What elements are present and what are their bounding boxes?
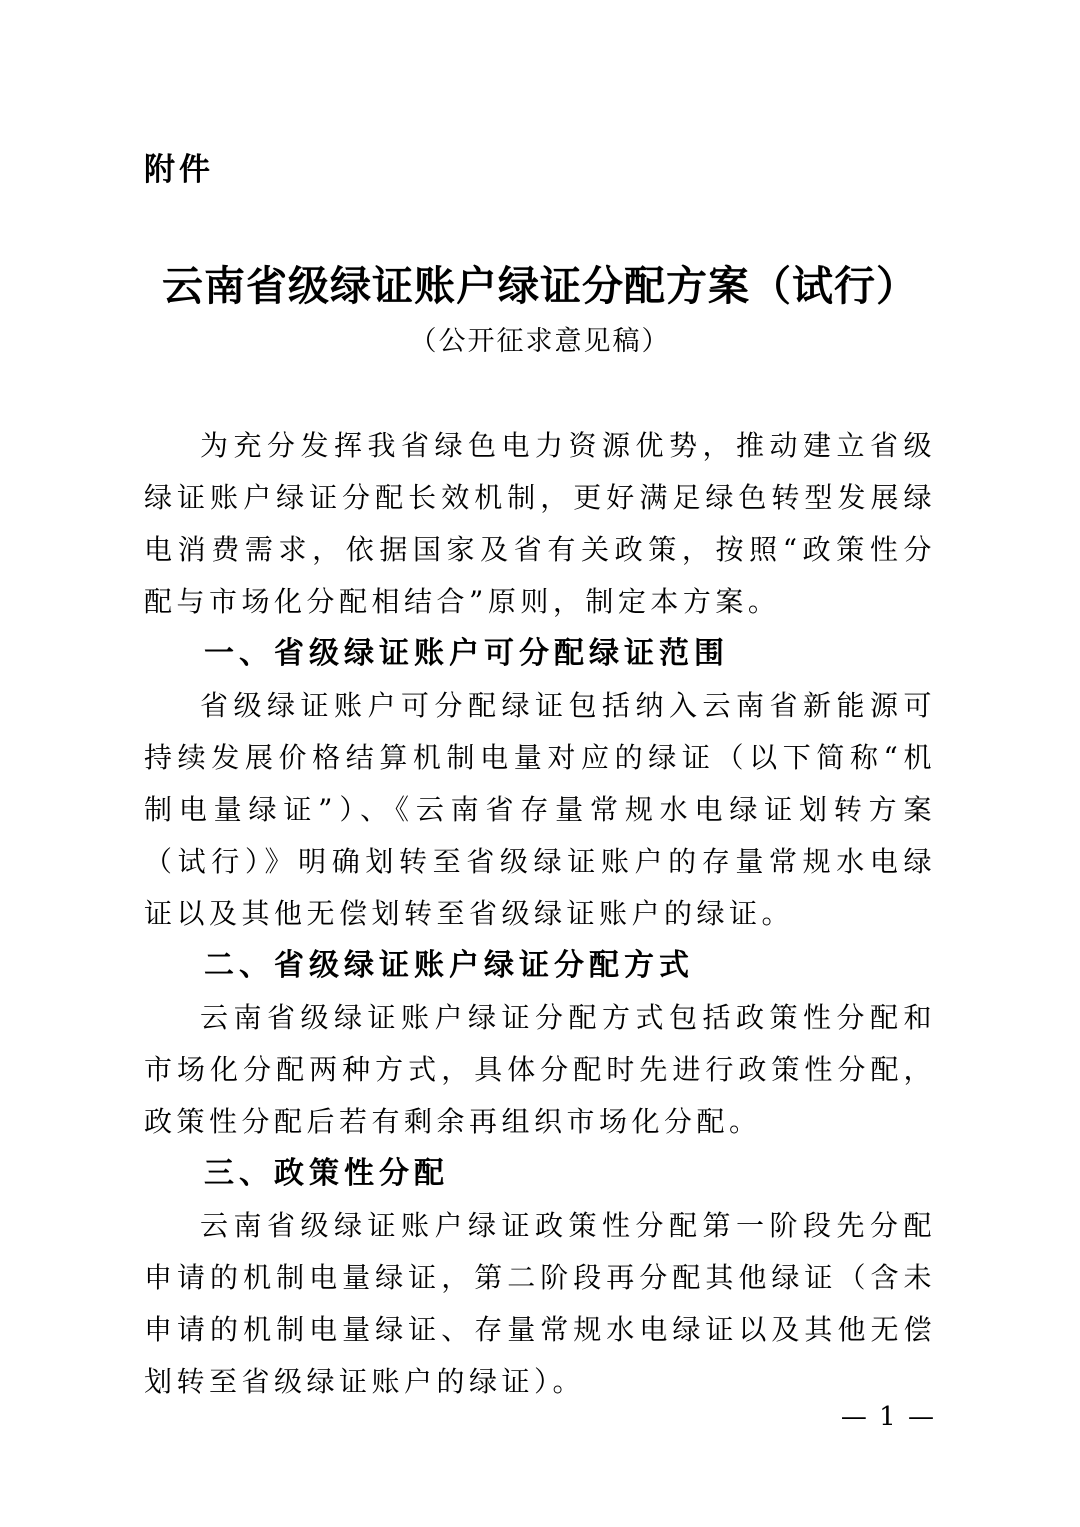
body-paragraph-section-1: 省级绿证账户可分配绿证包括纳入云南省新能源可持续发展价格结算机制电量对应的绿证（… — [144, 680, 936, 940]
document-page: 附件 云南省级绿证账户绿证分配方案（试行） （公开征求意见稿） 为充分发挥我省绿… — [0, 0, 1080, 1527]
document-body: 为充分发挥我省绿色电力资源优势，推动建立省级绿证账户绿证分配长效机制，更好满足绿… — [144, 420, 936, 1408]
body-paragraph-section-2: 云南省级绿证账户绿证分配方式包括政策性分配和市场化分配两种方式，具体分配时先进行… — [144, 992, 936, 1148]
page-number: — 1 — — [841, 1402, 936, 1432]
body-paragraph-intro: 为充分发挥我省绿色电力资源优势，推动建立省级绿证账户绿证分配长效机制，更好满足绿… — [144, 420, 936, 628]
body-paragraph-section-3: 云南省级绿证账户绿证政策性分配第一阶段先分配申请的机制电量绿证，第二阶段再分配其… — [144, 1200, 936, 1408]
section-heading-2: 二、省级绿证账户绿证分配方式 — [144, 940, 936, 992]
document-content: 附件 云南省级绿证账户绿证分配方案（试行） （公开征求意见稿） 为充分发挥我省绿… — [144, 0, 936, 1408]
document-subtitle: （公开征求意见稿） — [144, 324, 936, 360]
document-title: 云南省级绿证账户绿证分配方案（试行） — [144, 258, 936, 314]
section-heading-3: 三、政策性分配 — [144, 1148, 936, 1200]
section-heading-1: 一、省级绿证账户可分配绿证范围 — [144, 628, 936, 680]
attachment-label: 附件 — [144, 150, 936, 190]
